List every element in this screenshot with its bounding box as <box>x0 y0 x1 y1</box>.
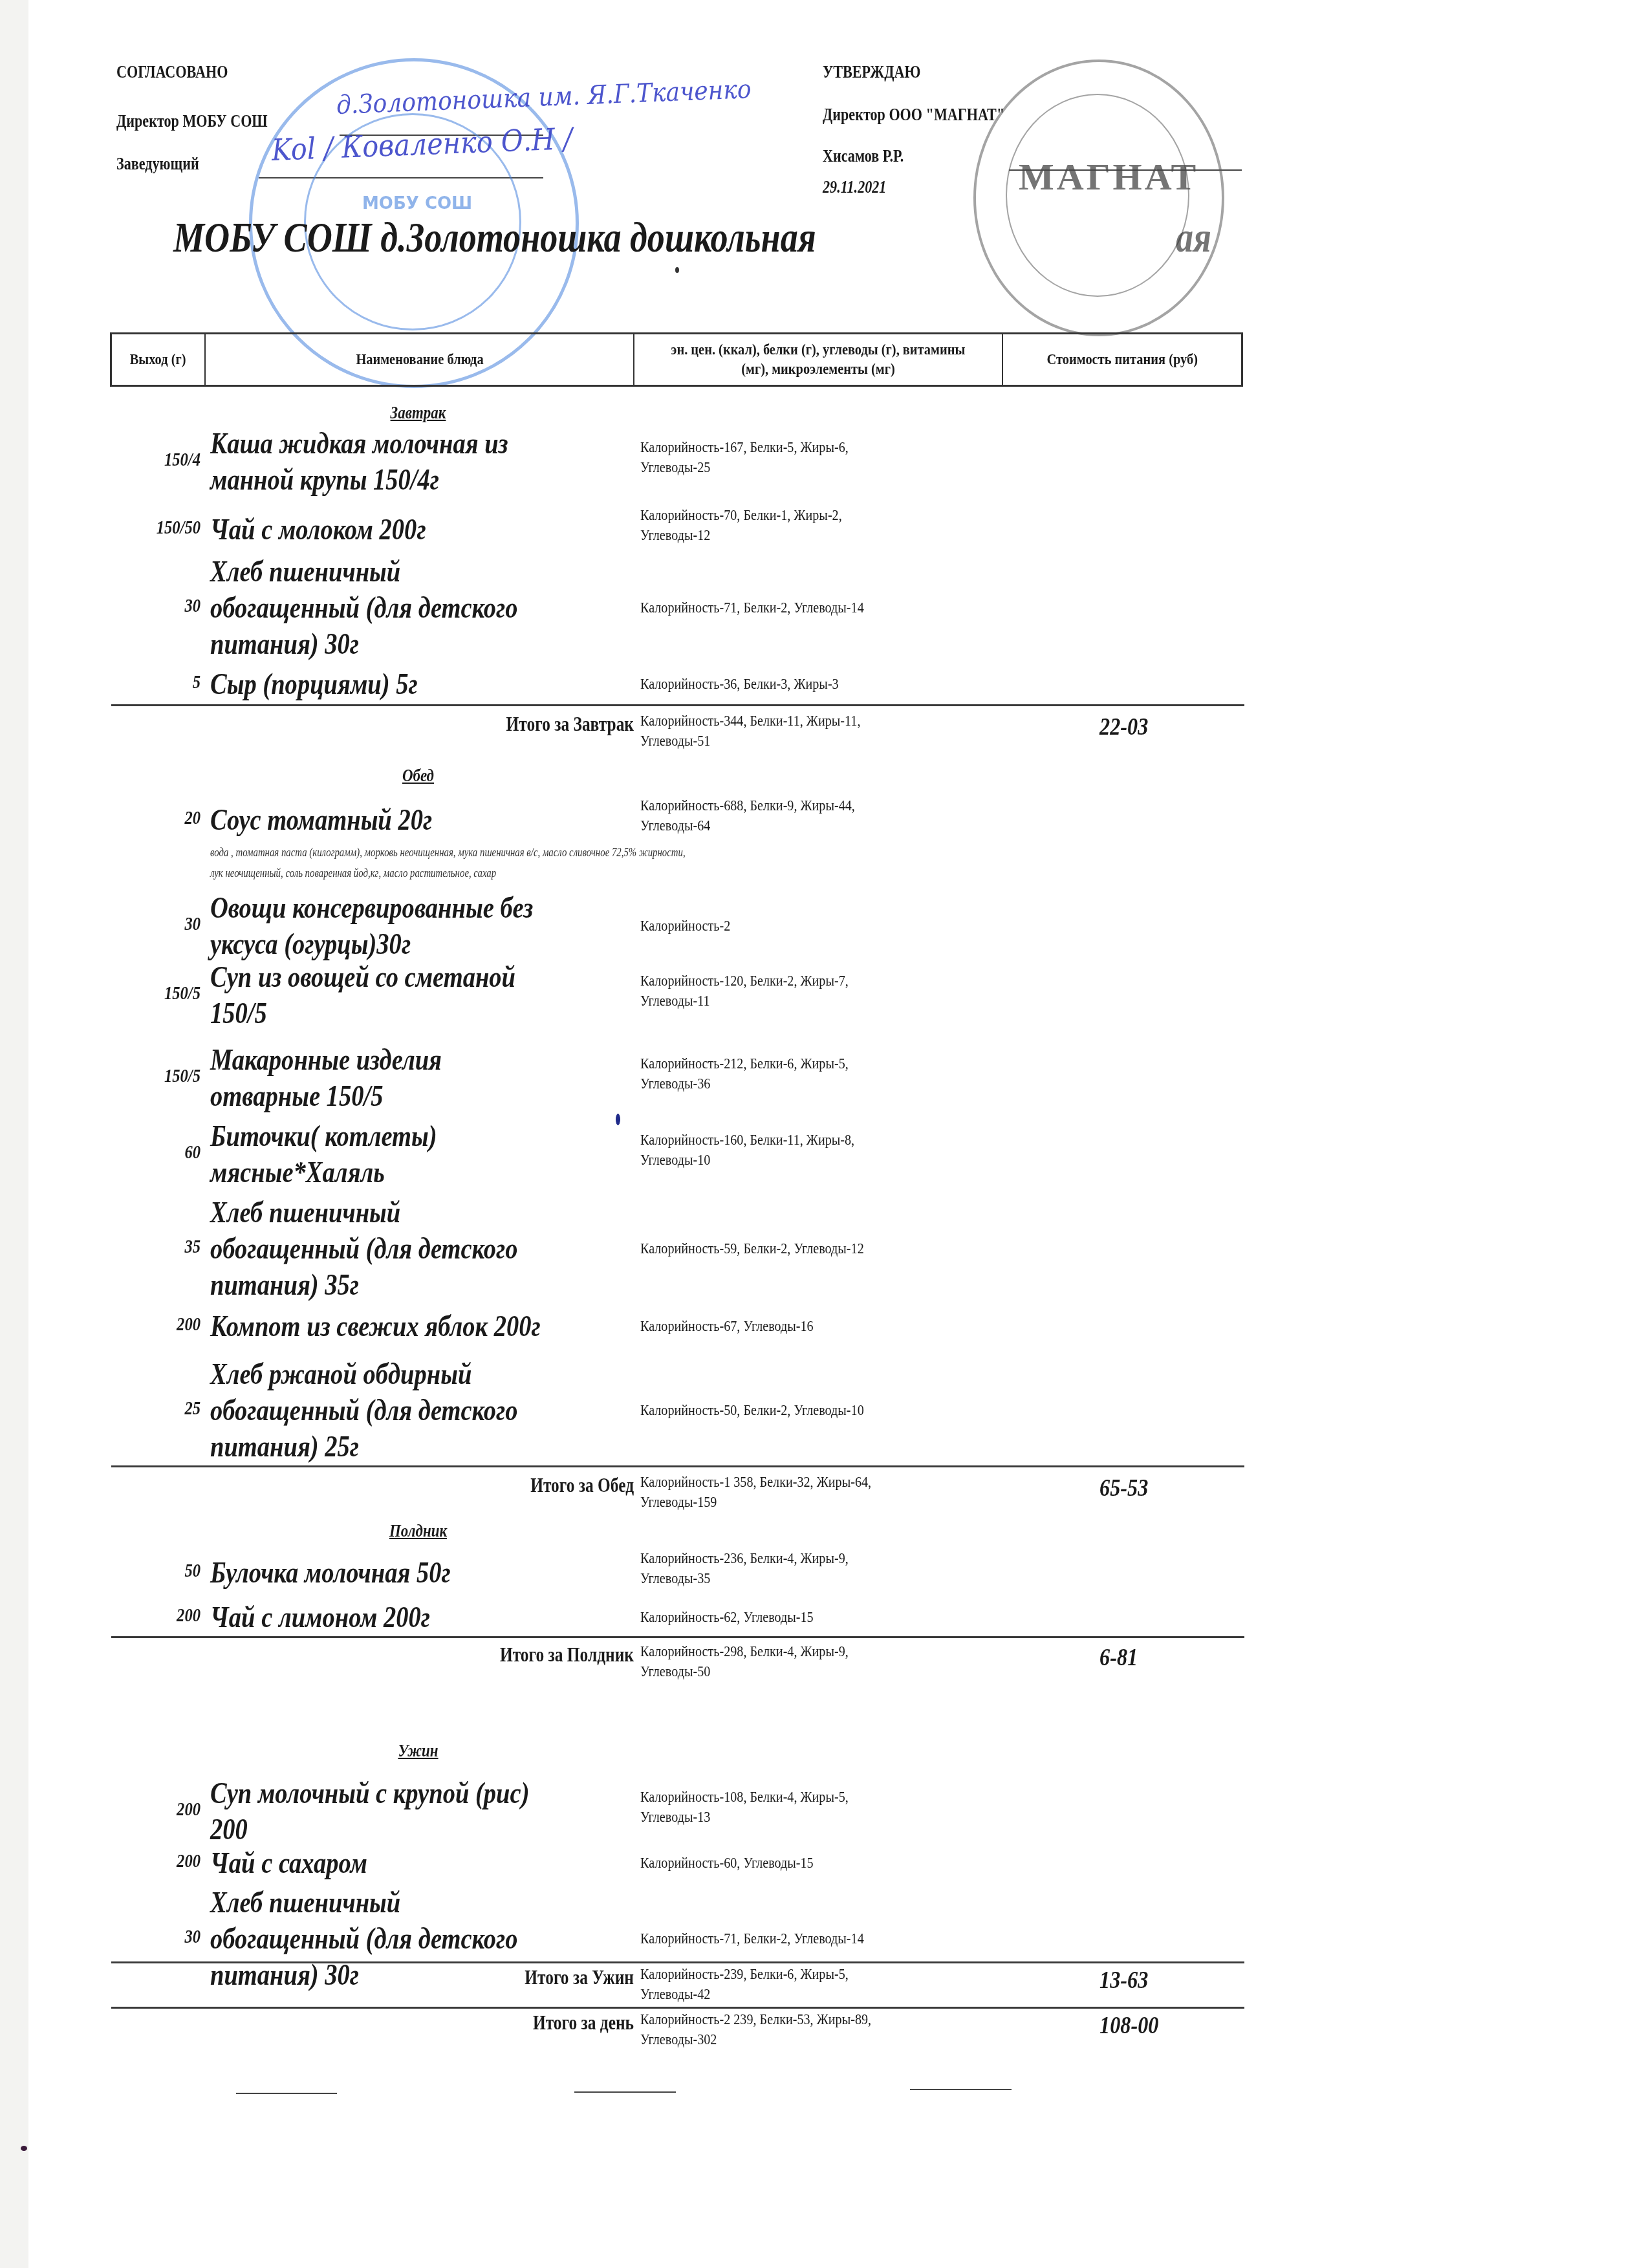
menu-item-row: 150/5Суп из овощей со сметаной150/5Калор… <box>110 959 1243 1031</box>
item-name: Биточки( котлеты)мясные*Халяль <box>210 1118 560 1191</box>
item-yield: 5 <box>126 671 200 693</box>
item-name: Компот из свежих яблок 200г <box>210 1308 560 1345</box>
item-yield: 150/4 <box>126 449 200 471</box>
item-name: Каша жидкая молочная изманной крупы 150/… <box>210 426 560 498</box>
menu-item-row: 20Соус томатный 20гКалорийность-688, Бел… <box>110 800 1243 840</box>
item-name: Булочка молочная 50г <box>210 1555 560 1591</box>
item-yield: 200 <box>126 1313 200 1335</box>
text-line: Суп из овощей со сметаной <box>210 959 560 995</box>
item-nutrition: Калорийность-167, Белки-5, Жиры-6,Углево… <box>640 438 977 478</box>
scan-edge <box>0 0 28 2268</box>
text-line: манной крупы 150/4г <box>210 462 560 498</box>
text-line: Калорийность-1 358, Белки-32, Жиры-64, <box>640 1473 871 1493</box>
approval-date: 29.11.2021 <box>823 177 886 197</box>
text-line: Суп молочный с крупой (рис) <box>210 1775 560 1811</box>
section-divider <box>111 1961 1244 1963</box>
item-nutrition: Калорийность-2 <box>640 916 977 936</box>
item-nutrition: Калорийность-59, Белки-2, Углеводы-12 <box>640 1239 977 1259</box>
section-title: Обед <box>236 766 601 786</box>
approve-label: УТВЕРЖДАЮ <box>823 62 920 82</box>
text-line: Чай с лимоном 200г <box>210 1599 560 1636</box>
item-name: Хлеб пшеничныйобогащенный (для детскогоп… <box>210 1194 560 1303</box>
item-name: Соус томатный 20г <box>210 802 560 838</box>
text-line: Макаронные изделия <box>210 1042 560 1078</box>
text-line: Калорийность-344, Белки-11, Жиры-11, <box>640 711 860 731</box>
item-nutrition: Калорийность-120, Белки-2, Жиры-7,Углево… <box>640 971 977 1011</box>
item-nutrition: Калорийность-36, Белки-3, Жиры-3 <box>640 675 977 695</box>
item-name: Суп из овощей со сметаной150/5 <box>210 959 560 1031</box>
text-line: Булочка молочная 50г <box>210 1555 560 1591</box>
text-line: 150/5 <box>210 995 560 1031</box>
text-line: Калорийность-60, Углеводы-15 <box>640 1853 977 1874</box>
item-name: Хлеб ржаной обдирныйобогащенный (для дет… <box>210 1356 560 1465</box>
text-line: Калорийность-2 239, Белки-53, Жиры-89, <box>640 2010 871 2030</box>
text-line: обогащенный (для детского <box>210 1921 560 1957</box>
text-line: Хлеб ржаной обдирный <box>210 1356 560 1392</box>
item-yield: 30 <box>126 595 200 617</box>
text-line: Углеводы-42 <box>640 1985 849 2005</box>
section-total-nutrition: Калорийность-298, Белки-4, Жиры-9,Углево… <box>640 1642 849 1682</box>
text-line: Калорийность-59, Белки-2, Углеводы-12 <box>640 1239 977 1259</box>
text-line: 200 <box>210 1811 560 1848</box>
section-title: Завтрак <box>236 403 601 423</box>
item-nutrition: Калорийность-212, Белки-6, Жиры-5,Углево… <box>640 1054 977 1094</box>
text-line: Хлеб пшеничный <box>210 1194 560 1231</box>
school-director-label: Директор МОБУ СОШ <box>116 111 268 131</box>
item-nutrition: Калорийность-60, Углеводы-15 <box>640 1853 977 1874</box>
day-total-divider <box>111 2007 1244 2009</box>
column-header-dish-name: Наименование блюда <box>206 334 634 385</box>
text-line: Углеводы-159 <box>640 1493 871 1513</box>
text-line: Калорийность-67, Углеводы-16 <box>640 1317 977 1337</box>
page-title: МОБУ СОШ д.Золотоношка дошкольная <box>173 213 816 263</box>
ingredients-line: лук неочищенный, соль поваренная йод,кг,… <box>210 863 686 884</box>
column-header-cost: Стоимость питания (руб) <box>1003 334 1241 385</box>
table-header: Выход (г) Наименование блюда эн. цен. (к… <box>110 332 1243 387</box>
menu-item-row: 5Сыр (порциями) 5гКалорийность-36, Белки… <box>110 666 1243 702</box>
menu-item-row: 50Булочка молочная 50гКалорийность-236, … <box>110 1553 1243 1593</box>
item-nutrition: Калорийность-71, Белки-2, Углеводы-14 <box>640 1929 977 1949</box>
text-line: Калорийность-50, Белки-2, Углеводы-10 <box>640 1401 977 1421</box>
section-total-label: Итого за Полдник <box>284 1643 634 1667</box>
menu-item-row: 200Компот из свежих яблок 200гКалорийнос… <box>110 1308 1243 1345</box>
school-stamp-text: МОБУ СОШ <box>362 194 459 213</box>
menu-item-row: 30Хлеб пшеничныйобогащенный (для детског… <box>110 554 1243 662</box>
text-line: Калорийность-120, Белки-2, Жиры-7, <box>640 971 977 991</box>
item-nutrition: Калорийность-62, Углеводы-15 <box>640 1608 977 1628</box>
menu-item-row: 200Чай с лимоном 200гКалорийность-62, Уг… <box>110 1599 1243 1636</box>
item-ingredients: вода , томатная паста (килограмм), морко… <box>210 843 686 884</box>
item-nutrition: Калорийность-71, Белки-2, Углеводы-14 <box>640 598 977 618</box>
text-line: Калорийность-212, Белки-6, Жиры-5, <box>640 1054 977 1074</box>
column-header-nutrition: эн. цен. (ккал), белки (г), углеводы (г)… <box>634 334 1003 385</box>
text-line: Каша жидкая молочная из <box>210 426 560 462</box>
text-line: Калорийность-236, Белки-4, Жиры-9, <box>640 1549 977 1569</box>
text-line: Хлеб пшеничный <box>210 554 560 590</box>
text-line: Биточки( котлеты) <box>210 1118 560 1154</box>
text-line: Углеводы-64 <box>640 816 977 836</box>
section-divider <box>111 1636 1244 1638</box>
text-line: обогащенный (для детского <box>210 1392 560 1429</box>
item-nutrition: Калорийность-67, Углеводы-16 <box>640 1317 977 1337</box>
section-divider <box>111 1465 1244 1467</box>
menu-item-row: 200Суп молочный с крупой (рис)200Калорий… <box>110 1775 1243 1848</box>
item-yield: 60 <box>126 1141 200 1163</box>
section-total-label: Итого за Обед <box>284 1474 634 1497</box>
menu-item-row: 150/4Каша жидкая молочная изманной крупы… <box>110 426 1243 498</box>
item-nutrition: Калорийность-108, Белки-4, Жиры-5,Углево… <box>640 1787 977 1828</box>
text-line: Углеводы-35 <box>640 1569 977 1589</box>
menu-item-row: 60Биточки( котлеты)мясные*ХаляльКалорийн… <box>110 1118 1243 1191</box>
item-nutrition: Калорийность-688, Белки-9, Жиры-44,Углев… <box>640 796 977 836</box>
item-name: Макаронные изделияотварные 150/5 <box>210 1042 560 1114</box>
approved-label: СОГЛАСОВАНО <box>116 62 228 82</box>
item-name: Чай с лимоном 200г <box>210 1599 560 1636</box>
text-line: Калорийность-239, Белки-6, Жиры-5, <box>640 1965 849 1985</box>
text-line: Хлеб пшеничный <box>210 1885 560 1921</box>
company-director-name: Хисамов Р.Р. <box>823 146 904 166</box>
text-line: Калорийность-167, Белки-5, Жиры-6, <box>640 438 977 458</box>
text-line: Углеводы-12 <box>640 526 977 546</box>
text-line: Калорийность-2 <box>640 916 977 936</box>
text-line: Компот из свежих яблок 200г <box>210 1308 560 1345</box>
text-line: Калорийность-62, Углеводы-15 <box>640 1608 977 1628</box>
column-header-yield: Выход (г) <box>112 334 206 385</box>
ink-mark <box>616 1114 620 1125</box>
bottom-signature-line-3 <box>910 2089 1012 2090</box>
company-director-label: Директор ООО "МАГНАТ" <box>823 105 1004 125</box>
section-total-cost: 22-03 <box>1099 713 1148 741</box>
section-total-cost: 13-63 <box>1099 1966 1148 1994</box>
text-line: Чай с молоком 200г <box>210 512 560 548</box>
section-total-nutrition: Калорийность-239, Белки-6, Жиры-5,Углево… <box>640 1965 849 2005</box>
section-total-nutrition: Калорийность-344, Белки-11, Жиры-11,Угле… <box>640 711 860 751</box>
item-name: Хлеб пшеничныйобогащенный (для детскогоп… <box>210 554 560 662</box>
text-line: Углеводы-25 <box>640 458 977 478</box>
day-total-label: Итого за день <box>284 2011 634 2035</box>
text-line: обогащенный (для детского <box>210 1231 560 1267</box>
item-yield: 200 <box>126 1850 200 1872</box>
text-line: Калорийность-298, Белки-4, Жиры-9, <box>640 1642 849 1662</box>
menu-item-row: 25Хлеб ржаной обдирныйобогащенный (для д… <box>110 1356 1243 1465</box>
item-nutrition: Калорийность-160, Белки-11, Жиры-8,Углев… <box>640 1130 977 1171</box>
bottom-signature-line-2 <box>574 2091 676 2093</box>
day-total-cost: 108-00 <box>1099 2011 1159 2040</box>
text-line: Калорийность-160, Белки-11, Жиры-8, <box>640 1130 977 1150</box>
item-yield: 35 <box>126 1236 200 1258</box>
text-line: Углеводы-36 <box>640 1074 977 1094</box>
text-line: отварные 150/5 <box>210 1078 560 1114</box>
section-total-cost: 65-53 <box>1099 1474 1148 1502</box>
section-total-nutrition: Калорийность-1 358, Белки-32, Жиры-64,Уг… <box>640 1473 871 1513</box>
text-line: Овощи консервированные без <box>210 890 560 926</box>
text-line: Калорийность-36, Белки-3, Жиры-3 <box>640 675 977 695</box>
section-title: Полдник <box>236 1521 601 1541</box>
item-nutrition: Калорийность-236, Белки-4, Жиры-9,Углево… <box>640 1549 977 1589</box>
text-line: мясные*Халяль <box>210 1154 560 1191</box>
item-yield: 200 <box>126 1798 200 1820</box>
item-yield: 150/50 <box>126 517 200 539</box>
text-line: Калорийность-71, Белки-2, Углеводы-14 <box>640 598 977 618</box>
section-total-label: Итого за Завтрак <box>284 713 634 736</box>
section-total-label: Итого за Ужин <box>284 1966 634 1989</box>
item-yield: 30 <box>126 1926 200 1948</box>
text-line: Калорийность-70, Белки-1, Жиры-2, <box>640 506 977 526</box>
section-divider <box>111 704 1244 706</box>
menu-item-row: 150/50Чай с молоком 200гКалорийность-70,… <box>110 510 1243 550</box>
text-line: Углеводы-11 <box>640 991 977 1011</box>
ingredients-line: вода , томатная паста (килограмм), морко… <box>210 843 686 863</box>
head-label: Заведующий <box>116 154 199 174</box>
item-yield: 50 <box>126 1560 200 1582</box>
bottom-signature-line-1 <box>236 2093 337 2094</box>
company-stamp-text: МАГНАТ <box>1019 155 1198 199</box>
menu-item-row: 35Хлеб пшеничныйобогащенный (для детског… <box>110 1194 1243 1303</box>
text-line: питания) 25г <box>210 1429 560 1465</box>
text-line: Углеводы-51 <box>640 731 860 751</box>
item-name: Овощи консервированные безуксуса (огурцы… <box>210 890 560 962</box>
item-yield: 150/5 <box>126 1065 200 1087</box>
text-line: Калорийность-71, Белки-2, Углеводы-14 <box>640 1929 977 1949</box>
section-title: Ужин <box>236 1741 601 1761</box>
text-line: Углеводы-13 <box>640 1808 977 1828</box>
item-nutrition: Калорийность-50, Белки-2, Углеводы-10 <box>640 1401 977 1421</box>
scan-speck <box>675 267 679 273</box>
item-yield: 150/5 <box>126 982 200 1004</box>
text-line: Углеводы-50 <box>640 1662 849 1682</box>
page-title-tail: ая <box>1176 213 1211 263</box>
item-name: Чай с молоком 200г <box>210 512 560 548</box>
text-line: уксуса (огурцы)30г <box>210 926 560 962</box>
text-line: Калорийность-108, Белки-4, Жиры-5, <box>640 1787 977 1808</box>
item-yield: 200 <box>126 1604 200 1626</box>
item-yield: 25 <box>126 1398 200 1420</box>
text-line: Калорийность-688, Белки-9, Жиры-44, <box>640 796 977 816</box>
item-name: Чай с сахаром <box>210 1845 560 1881</box>
item-yield: 30 <box>126 913 200 935</box>
menu-item-row: 200Чай с сахаромКалорийность-60, Углевод… <box>110 1845 1243 1881</box>
menu-item-row: 30Овощи консервированные безуксуса (огур… <box>110 890 1243 962</box>
item-nutrition: Калорийность-70, Белки-1, Жиры-2,Углевод… <box>640 506 977 546</box>
text-line: Соус томатный 20г <box>210 802 560 838</box>
day-total-nutrition: Калорийность-2 239, Белки-53, Жиры-89,Уг… <box>640 2010 871 2050</box>
item-name: Суп молочный с крупой (рис)200 <box>210 1775 560 1848</box>
item-name: Сыр (порциями) 5г <box>210 666 560 702</box>
text-line: Углеводы-10 <box>640 1150 977 1171</box>
text-line: обогащенный (для детского <box>210 590 560 626</box>
scan-speck <box>21 2146 27 2151</box>
text-line: Сыр (порциями) 5г <box>210 666 560 702</box>
text-line: питания) 35г <box>210 1267 560 1303</box>
text-line: Чай с сахаром <box>210 1845 560 1881</box>
text-line: Углеводы-302 <box>640 2030 871 2050</box>
menu-item-row: 150/5Макаронные изделияотварные 150/5Кал… <box>110 1042 1243 1114</box>
section-total-cost: 6-81 <box>1099 1643 1138 1672</box>
text-line: питания) 30г <box>210 626 560 662</box>
item-yield: 20 <box>126 807 200 829</box>
